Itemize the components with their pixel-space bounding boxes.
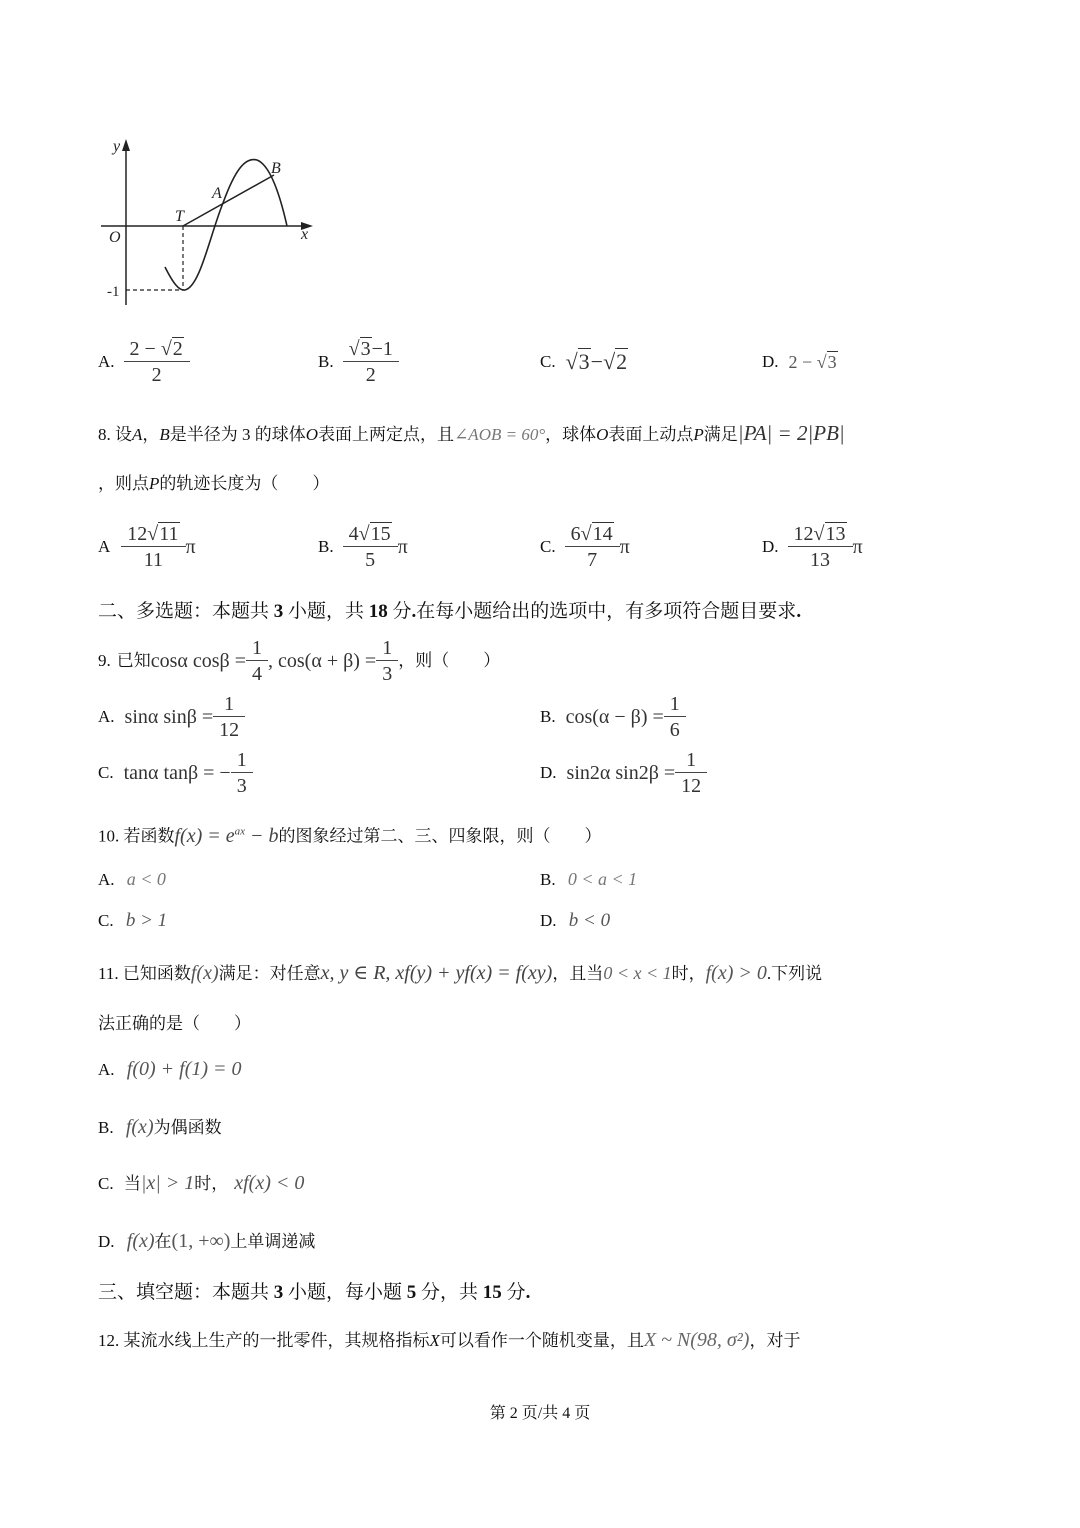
option-label: C. [98,1174,114,1193]
q8-option-d: D. 12√13 13 π [762,518,863,576]
angle-expr: ∠AOB = 60° [454,425,545,444]
expression: f(x) [126,1116,154,1138]
q8-option-b: B. 4√15 5 π [318,518,408,576]
q9-option-d: D. sin2α sin2β = 112 [540,746,707,800]
var-a: A [132,425,142,444]
text: ，且当 [552,964,603,983]
q7-option-a: A. 2 − √2 2 [98,334,190,390]
function-expr: f(x) = eax − b [175,825,279,847]
expression: b > 1 [126,910,167,931]
pi-symbol: π [853,536,863,559]
radicand: 13 [825,522,847,545]
expression: cosα cosβ = [151,650,246,672]
numerator-part: 2 − [130,338,161,360]
question-10: 10. 若函数f(x) = eax − b的图象经过第二、三、四象限，则（ ） [98,820,602,848]
text: 三、填空题：本题共 [98,1282,274,1303]
option-label: D. [762,537,779,557]
option-label: C. [98,763,114,783]
q7-option-c: C. √3−√2 [540,340,628,384]
coefficient: 12 [127,523,147,545]
page-footer: 第 2 页/共 4 页 [0,1400,1080,1423]
denominator: 12 [213,716,245,743]
numerator: 1 [221,692,237,716]
expression: 2 − √3 [789,352,838,373]
text: 时， [672,964,706,983]
section-2-heading: 二、多选题：本题共 3 小题，共 18 分.在每小题给出的选项中，有多项符合题目… [98,600,801,624]
option-label: B. [318,537,334,557]
denominator: 11 [121,546,185,573]
q7-option-d: D. 2 − √3 [762,340,838,384]
question-count: 3 [274,1282,284,1303]
distribution-expr: X ~ N(98, σ²) [644,1329,750,1351]
denominator: 12 [675,772,707,799]
radicand: 3 [578,348,591,374]
radicand: 14 [592,522,614,545]
fraction: 112 [216,692,242,743]
option-label: D. [540,763,557,783]
denominator: 2 [124,361,190,388]
fraction: 14 [249,636,265,687]
q10-option-b: B. 0 < a < 1 [540,868,637,891]
pi-symbol: π [398,536,408,559]
option-label: D. [762,352,779,372]
text: 小题，每小题 [283,1282,407,1303]
q10-option-a: A. a < 0 [98,868,166,891]
question-8-line2: ，则点P的轨迹长度为（ ） [98,473,329,495]
var-p: P [693,425,703,444]
radicand: 3 [360,337,372,360]
function-graph-figure: y O x T A B -1 [95,135,325,310]
expression: 0 < a < 1 [568,869,637,889]
page-number: 第 2 页/共 4 页 [490,1405,590,1422]
expression: cos(α − β) = [566,706,664,729]
denominator: 3 [231,772,253,799]
expr-part: f(x) = e [175,825,235,847]
exponent: ax [235,825,245,837]
option-label: D. [98,1232,115,1251]
question-9: 9. 已知 cosα cosβ = 14 , cos(α + β) = 13 ，… [98,634,500,688]
question-number: 12. [98,1331,119,1350]
condition-expr: |PA| = 2|PB| [738,421,845,445]
option-label: B. [540,707,556,727]
option-label: D. [540,911,557,930]
var-x: X [430,1331,440,1350]
expression: |x| > 1 [141,1172,194,1194]
total-score: 18 [369,601,388,622]
question-number: 8. [98,425,111,444]
q9-option-b: B. cos(α − β) = 16 [540,690,686,744]
question-number: 11. [98,964,119,983]
question-11-line2: 法正确的是（ ） [98,1013,251,1035]
expression: f(x) [127,1230,155,1252]
q8-option-c: C. 6√14 7 π [540,518,630,576]
text: 设 [115,425,132,444]
coefficient: 6 [571,523,581,545]
expr-part: − b [245,825,279,847]
q7-option-b: B. √3−1 2 [318,334,399,390]
expression: √3−√2 [566,349,629,375]
fraction: √3−1 2 [346,337,396,388]
text: 已知函数 [123,964,191,983]
option-label: B. [98,1118,114,1137]
text: . [526,1282,531,1303]
point-t-label: T [175,208,185,225]
radicand: 15 [370,522,392,545]
q11-option-d: D. f(x)在(1, +∞)上单调递减 [98,1230,315,1253]
denominator: 4 [246,660,268,687]
option-label: A. [98,707,115,727]
text: 分 [388,601,412,622]
expression: tanα tanβ = − [124,762,231,785]
pi-symbol: π [620,536,630,559]
condition-expr: x, y ∈ R, xf(y) + yf(x) = f(xy) [321,962,553,984]
fraction: 13 [379,636,395,687]
text: ，球体 [545,425,596,444]
text: 的图象经过第二、三、四象限，则（ ） [279,827,602,846]
q10-option-c: C. b > 1 [98,910,167,932]
numerator: 1 [234,748,250,772]
q11-option-b: B. f(x)为偶函数 [98,1116,222,1139]
question-12: 12. 某流水线上生产的一批零件，其规格指标X可以看作一个随机变量，且X ~ N… [98,1329,800,1352]
numerator: 1 [667,692,683,716]
text: 满足：对任意 [219,964,321,983]
var-b: B [159,425,169,444]
q11-option-a: A. f(0) + f(1) = 0 [98,1058,242,1081]
operator: − [591,349,603,374]
q9-option-c: C. tanα tanβ = − 13 [98,746,253,800]
text: ，则点 [98,474,149,493]
function-expr: f(x) [191,962,219,984]
fraction: 6√14 7 [568,522,617,573]
text: 在每小题给出的选项中，有多项符合题目要求 [416,601,796,622]
question-number: 10. [98,827,119,846]
question-8-line1: 8. 设A，B是半径为 3 的球体O表面上两定点，且∠AOB = 60°，球体O… [98,422,845,446]
coefficient: 12 [794,523,814,545]
text: 在 [155,1232,172,1251]
fraction: 16 [667,692,683,743]
text: 分，共 [416,1282,483,1303]
denominator: 7 [565,546,620,573]
per-question-score: 5 [407,1282,417,1303]
text: 的轨迹长度为（ ） [159,474,329,493]
numerator: 1 [683,748,699,772]
text: 法正确的是（ ） [98,1014,251,1033]
fraction: 4√15 5 [346,522,395,573]
radicand: 11 [158,522,179,545]
option-label: A [98,537,110,557]
denominator: 2 [343,361,399,388]
expression: a < 0 [127,869,166,889]
tick-label-neg1: -1 [107,284,120,300]
x-axis-label: x [300,226,308,243]
denominator: 13 [788,546,853,573]
total-score: 15 [483,1282,502,1303]
radicand: 3 [827,351,838,372]
numerator-part: −1 [372,338,393,360]
radicand: 2 [172,337,184,360]
expression: f(0) + f(1) = 0 [127,1058,242,1080]
numerator: 1 [249,636,265,660]
question-count: 3 [274,601,284,622]
expression: xf(x) < 0 [234,1172,304,1194]
point-a-label: A [211,185,222,202]
range-expr: 0 < x < 1 [603,963,671,983]
expression: sinα sinβ = [125,706,214,729]
option-label: C. [540,537,556,557]
var-o: O [596,425,608,444]
section-3-heading: 三、填空题：本题共 3 小题，每小题 5 分，共 15 分. [98,1281,530,1305]
text: 为偶函数 [154,1118,222,1137]
q8-option-a: A 12√11 11 π [98,518,196,576]
radicand: 2 [615,348,628,374]
text: . [796,601,801,622]
text: 表面上两定点，且 [318,425,454,444]
text: 当 [124,1174,141,1193]
interval: (1, +∞) [172,1230,231,1252]
text: 是半径为 3 的球体 [170,425,306,444]
q11-option-c: C. 当|x| > 1时，xf(x) < 0 [98,1172,304,1195]
positive-expr: f(x) > 0 [706,962,767,984]
fraction: 12√11 11 [124,522,182,573]
denominator: 6 [664,716,686,743]
text: .下列说 [767,964,822,983]
expression: , cos(α + β) = [268,650,376,672]
text: 可以看作一个随机变量，且 [440,1331,644,1350]
expr-part: 2 − [789,352,817,372]
q9-option-a: A. sinα sinβ = 112 [98,690,245,744]
text: ，对于 [749,1331,800,1350]
option-label: B. [540,870,556,889]
expression: sin2α sin2β = [567,762,676,785]
text: ， [142,425,159,444]
expression: b < 0 [569,910,610,931]
origin-label: O [109,229,121,246]
fraction: 2 − √2 2 [127,337,187,388]
text: 上单调递减 [230,1232,315,1251]
sine-curve-graph: y O x T A B -1 [95,135,325,310]
var-o: O [306,425,318,444]
text: 表面上动点 [608,425,693,444]
text: 二、多选题：本题共 [98,601,274,622]
option-label: C. [98,911,114,930]
option-label: A. [98,352,115,372]
coefficient: 4 [349,523,359,545]
text: 分 [502,1282,526,1303]
text: 若函数 [124,827,175,846]
denominator: 5 [343,546,398,573]
question-number: 9. [98,650,111,672]
fraction: 12√13 13 [791,522,850,573]
question-11-line1: 11. 已知函数f(x)满足：对任意x, y ∈ R, xf(y) + yf(x… [98,962,822,985]
option-label: B. [318,352,334,372]
pi-symbol: π [186,536,196,559]
denominator: 3 [376,660,398,687]
point-b-label: B [271,160,281,177]
option-label: A. [98,1060,115,1079]
y-axis-label: y [111,138,121,155]
option-label: A. [98,870,115,889]
fraction: 112 [678,748,704,799]
text: 某流水线上生产的一批零件，其规格指标 [124,1331,430,1350]
text: 已知 [117,650,151,672]
q10-option-d: D. b < 0 [540,910,610,932]
text: 小题，共 [283,601,369,622]
fraction: 13 [234,748,250,799]
numerator: 1 [379,636,395,660]
var-p: P [149,474,159,493]
option-label: C. [540,352,556,372]
text: 时， [194,1174,228,1193]
text: ，则（ ） [398,650,500,672]
text: 满足 [704,425,738,444]
